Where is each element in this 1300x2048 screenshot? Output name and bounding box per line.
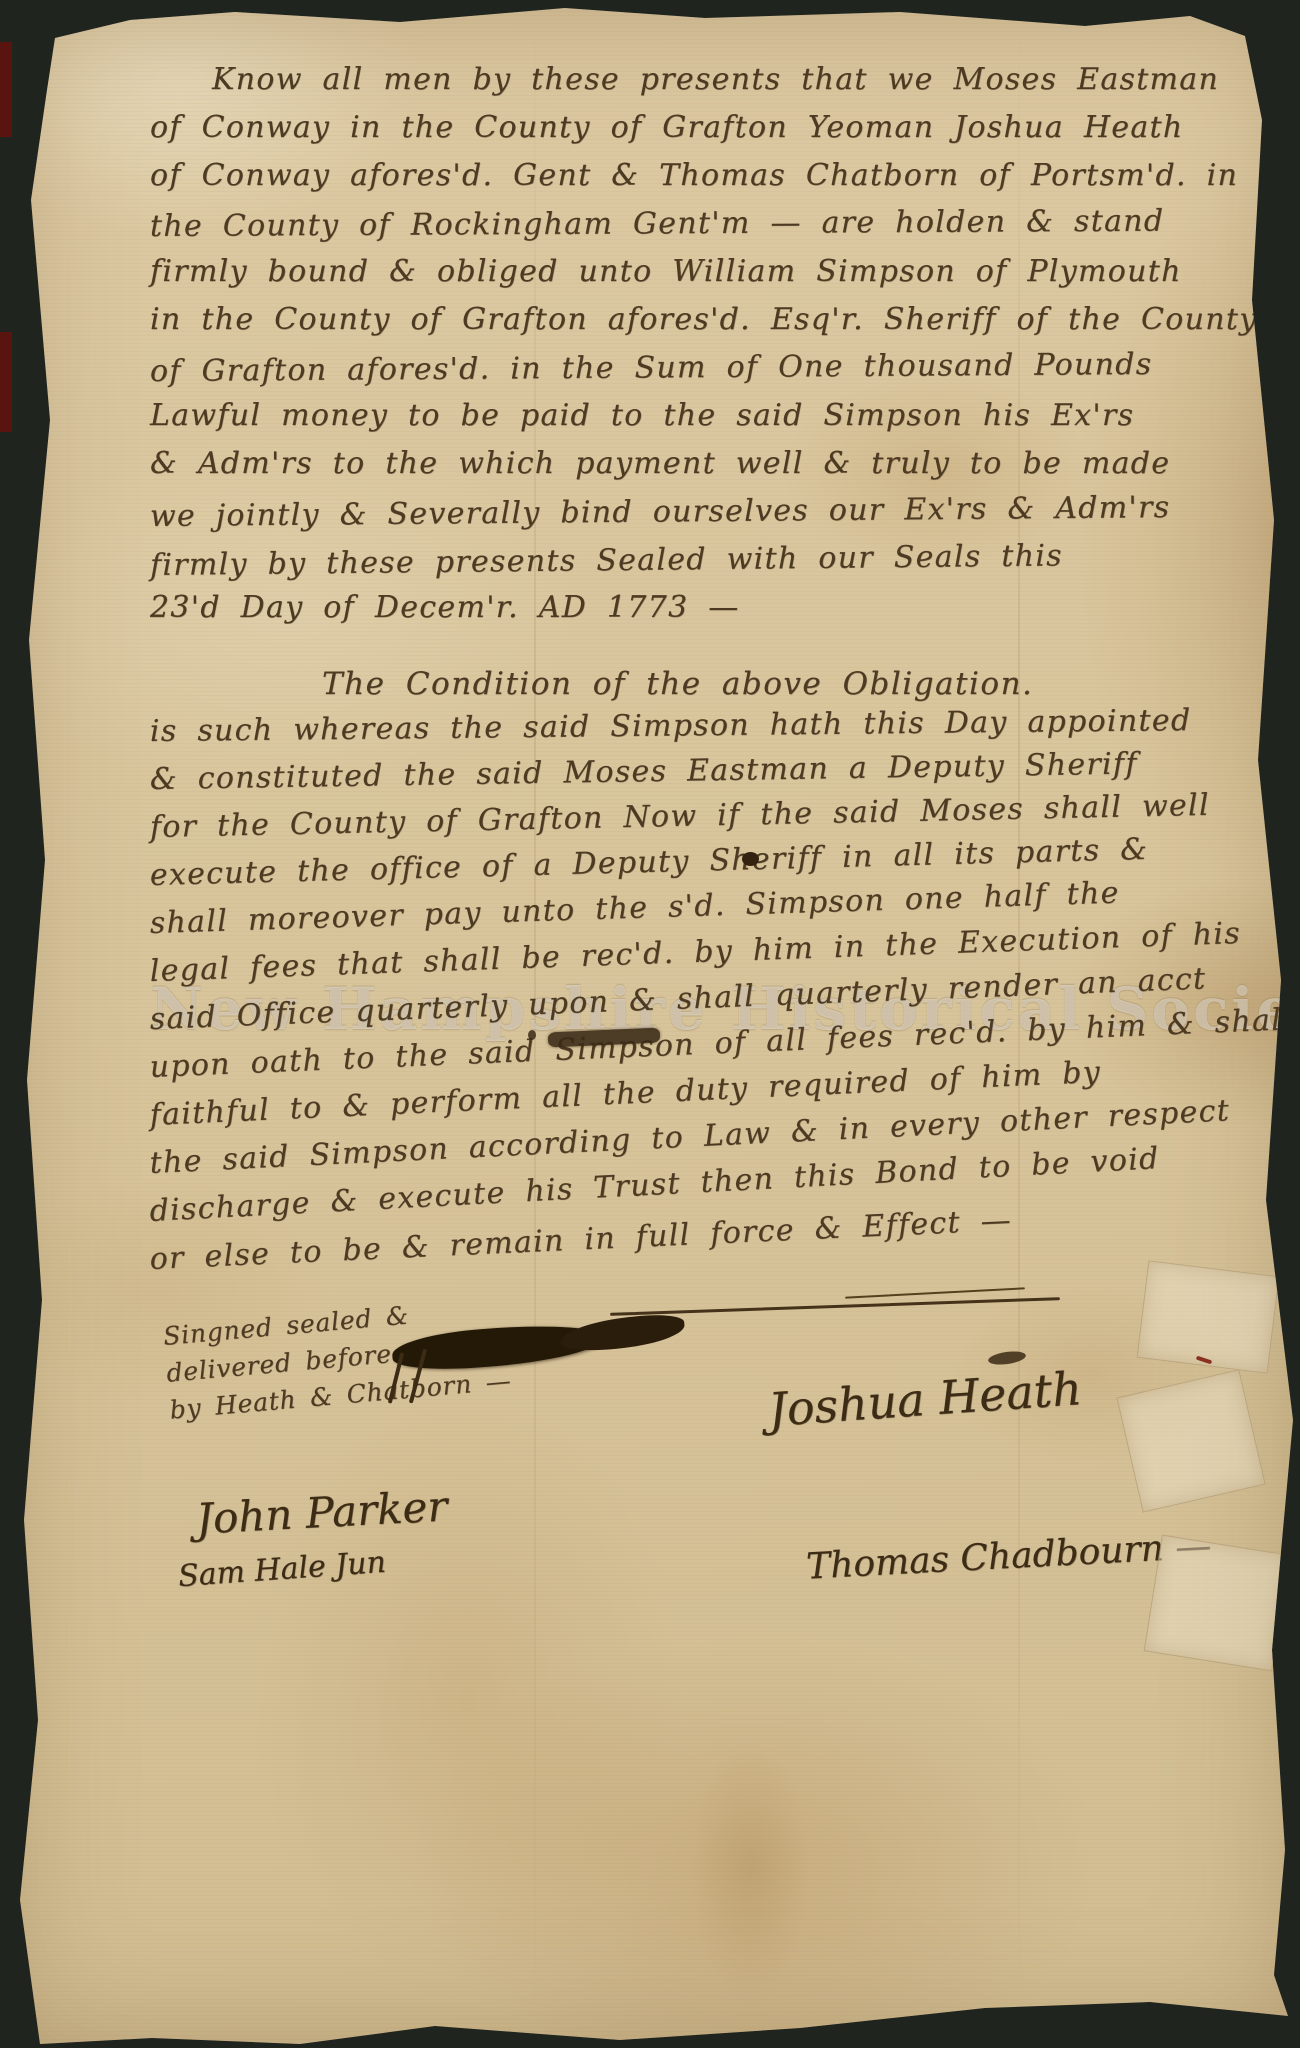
signature-john-parker: John Parker — [195, 1481, 449, 1543]
water-stain — [690, 1740, 810, 2000]
photo-background: New Hampshire Historical Society Know al… — [0, 0, 1300, 2048]
signature-thomas-chadbourn: Thomas Chadbourn — — [805, 1525, 1212, 1587]
manuscript-line: Lawful money to be paid to the said Simp… — [150, 398, 1290, 446]
ink-stroke — [610, 1297, 1060, 1316]
crossed-out-signature-blot — [559, 1310, 687, 1355]
manuscript-line: of Grafton afores'd. in the Sum of One t… — [150, 346, 1290, 402]
manuscript-line: & Adm'rs to the which payment well & tru… — [150, 446, 1290, 494]
seal-remnant-patch — [1116, 1369, 1265, 1512]
seal-remnant-patch — [1137, 1260, 1280, 1373]
seal-remnant-patch — [1144, 1535, 1291, 1672]
signature-joshua-heath: Joshua Heath — [766, 1361, 1083, 1437]
ink-smudge — [987, 1349, 1026, 1366]
ink-speck — [528, 1030, 536, 1040]
manuscript-line: of Conway in the County of Grafton Yeoma… — [150, 110, 1290, 158]
edge-red-mark — [0, 42, 12, 137]
manuscript-paper: New Hampshire Historical Society Know al… — [0, 0, 1300, 2048]
manuscript-line: in the County of Grafton afores'd. Esq'r… — [150, 302, 1290, 350]
manuscript-line: Know all men by these presents that we M… — [212, 62, 1290, 110]
manuscript-line: the County of Rockingham Gent'm — are ho… — [150, 203, 1290, 257]
bond-paragraph: Know all men by these presents that we M… — [150, 62, 1290, 638]
manuscript-line: firmly bound & obliged unto William Simp… — [150, 254, 1290, 302]
edge-red-mark — [0, 332, 12, 432]
ink-speck — [1280, 1056, 1287, 1065]
manuscript-line: 23'd Day of Decem'r. AD 1773 — — [150, 590, 1290, 638]
condition-paragraph: is such whereas the said Simpson hath th… — [150, 714, 1290, 1290]
signature-sam-hale: Sam Hale Jun — [177, 1545, 387, 1594]
ink-speck — [742, 852, 759, 866]
manuscript-line: of Conway afores'd. Gent & Thomas Chatbo… — [150, 158, 1290, 206]
condition-heading: The Condition of the above Obligation. — [322, 666, 1033, 702]
